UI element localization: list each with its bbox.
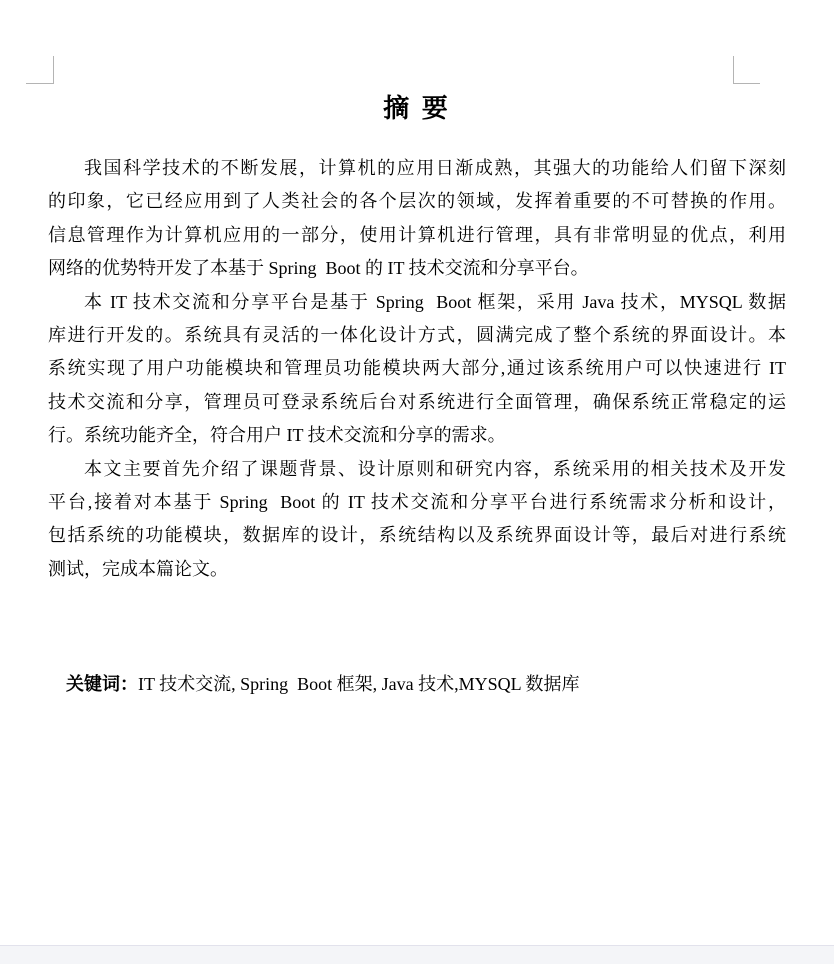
abstract-body: 我国科学技术的不断发展，计算机的应用日渐成熟，其强大的功能给人们留下深刻 的印象… (48, 152, 786, 586)
keywords-label: 关键词： (66, 674, 138, 694)
abstract-line: 信息管理作为计算机应用的一部分，使用计算机进行管理，具有非常明显的优点，利用 (48, 219, 786, 252)
abstract-line: 本 IT 技术交流和分享平台是基于 Spring Boot 框架，采用 Java… (48, 286, 786, 319)
document-page: 摘 要 我国科学技术的不断发展，计算机的应用日渐成熟，其强大的功能给人们留下深刻… (0, 0, 834, 964)
abstract-line: 技术交流和分享，管理员可登录系统后台对系统进行全面管理，确保系统正常稳定的运 (48, 386, 786, 419)
keywords-line: 关键词：IT 技术交流, Spring Boot 框架, Java 技术,MYS… (48, 635, 808, 735)
keywords-text: IT 技术交流, Spring Boot 框架, Java 技术,MYSQL 数… (138, 674, 580, 694)
abstract-line: 测试，完成本篇论文。 (48, 553, 786, 586)
text-boundary-mark-top-right (733, 56, 760, 84)
abstract-line: 网络的优势特开发了本基于 Spring Boot 的 IT 技术交流和分享平台。 (48, 252, 786, 285)
abstract-line: 库进行开发的。系统具有灵活的一体化设计方式，圆满完成了整个系统的界面设计。本 (48, 319, 786, 352)
abstract-line: 我国科学技术的不断发展，计算机的应用日渐成熟，其强大的功能给人们留下深刻 (48, 152, 786, 185)
page-title: 摘 要 (0, 88, 834, 125)
page-bottom-edge (0, 945, 834, 964)
abstract-line: 平台,接着对本基于 Spring Boot 的 IT 技术交流和分享平台进行系统… (48, 486, 786, 519)
text-boundary-mark-top-left (26, 56, 54, 84)
abstract-line: 本文主要首先介绍了课题背景、设计原则和研究内容，系统采用的相关技术及开发 (48, 453, 786, 486)
abstract-line: 的印象，它已经应用到了人类社会的各个层次的领域，发挥着重要的不可替换的作用。 (48, 185, 786, 218)
abstract-line: 行。系统功能齐全，符合用户 IT 技术交流和分享的需求。 (48, 419, 786, 452)
abstract-line: 包括系统的功能模块，数据库的设计，系统结构以及系统界面设计等，最后对进行系统 (48, 519, 786, 552)
abstract-line: 系统实现了用户功能模块和管理员功能模块两大部分,通过该系统用户可以快速进行 IT (48, 352, 786, 385)
